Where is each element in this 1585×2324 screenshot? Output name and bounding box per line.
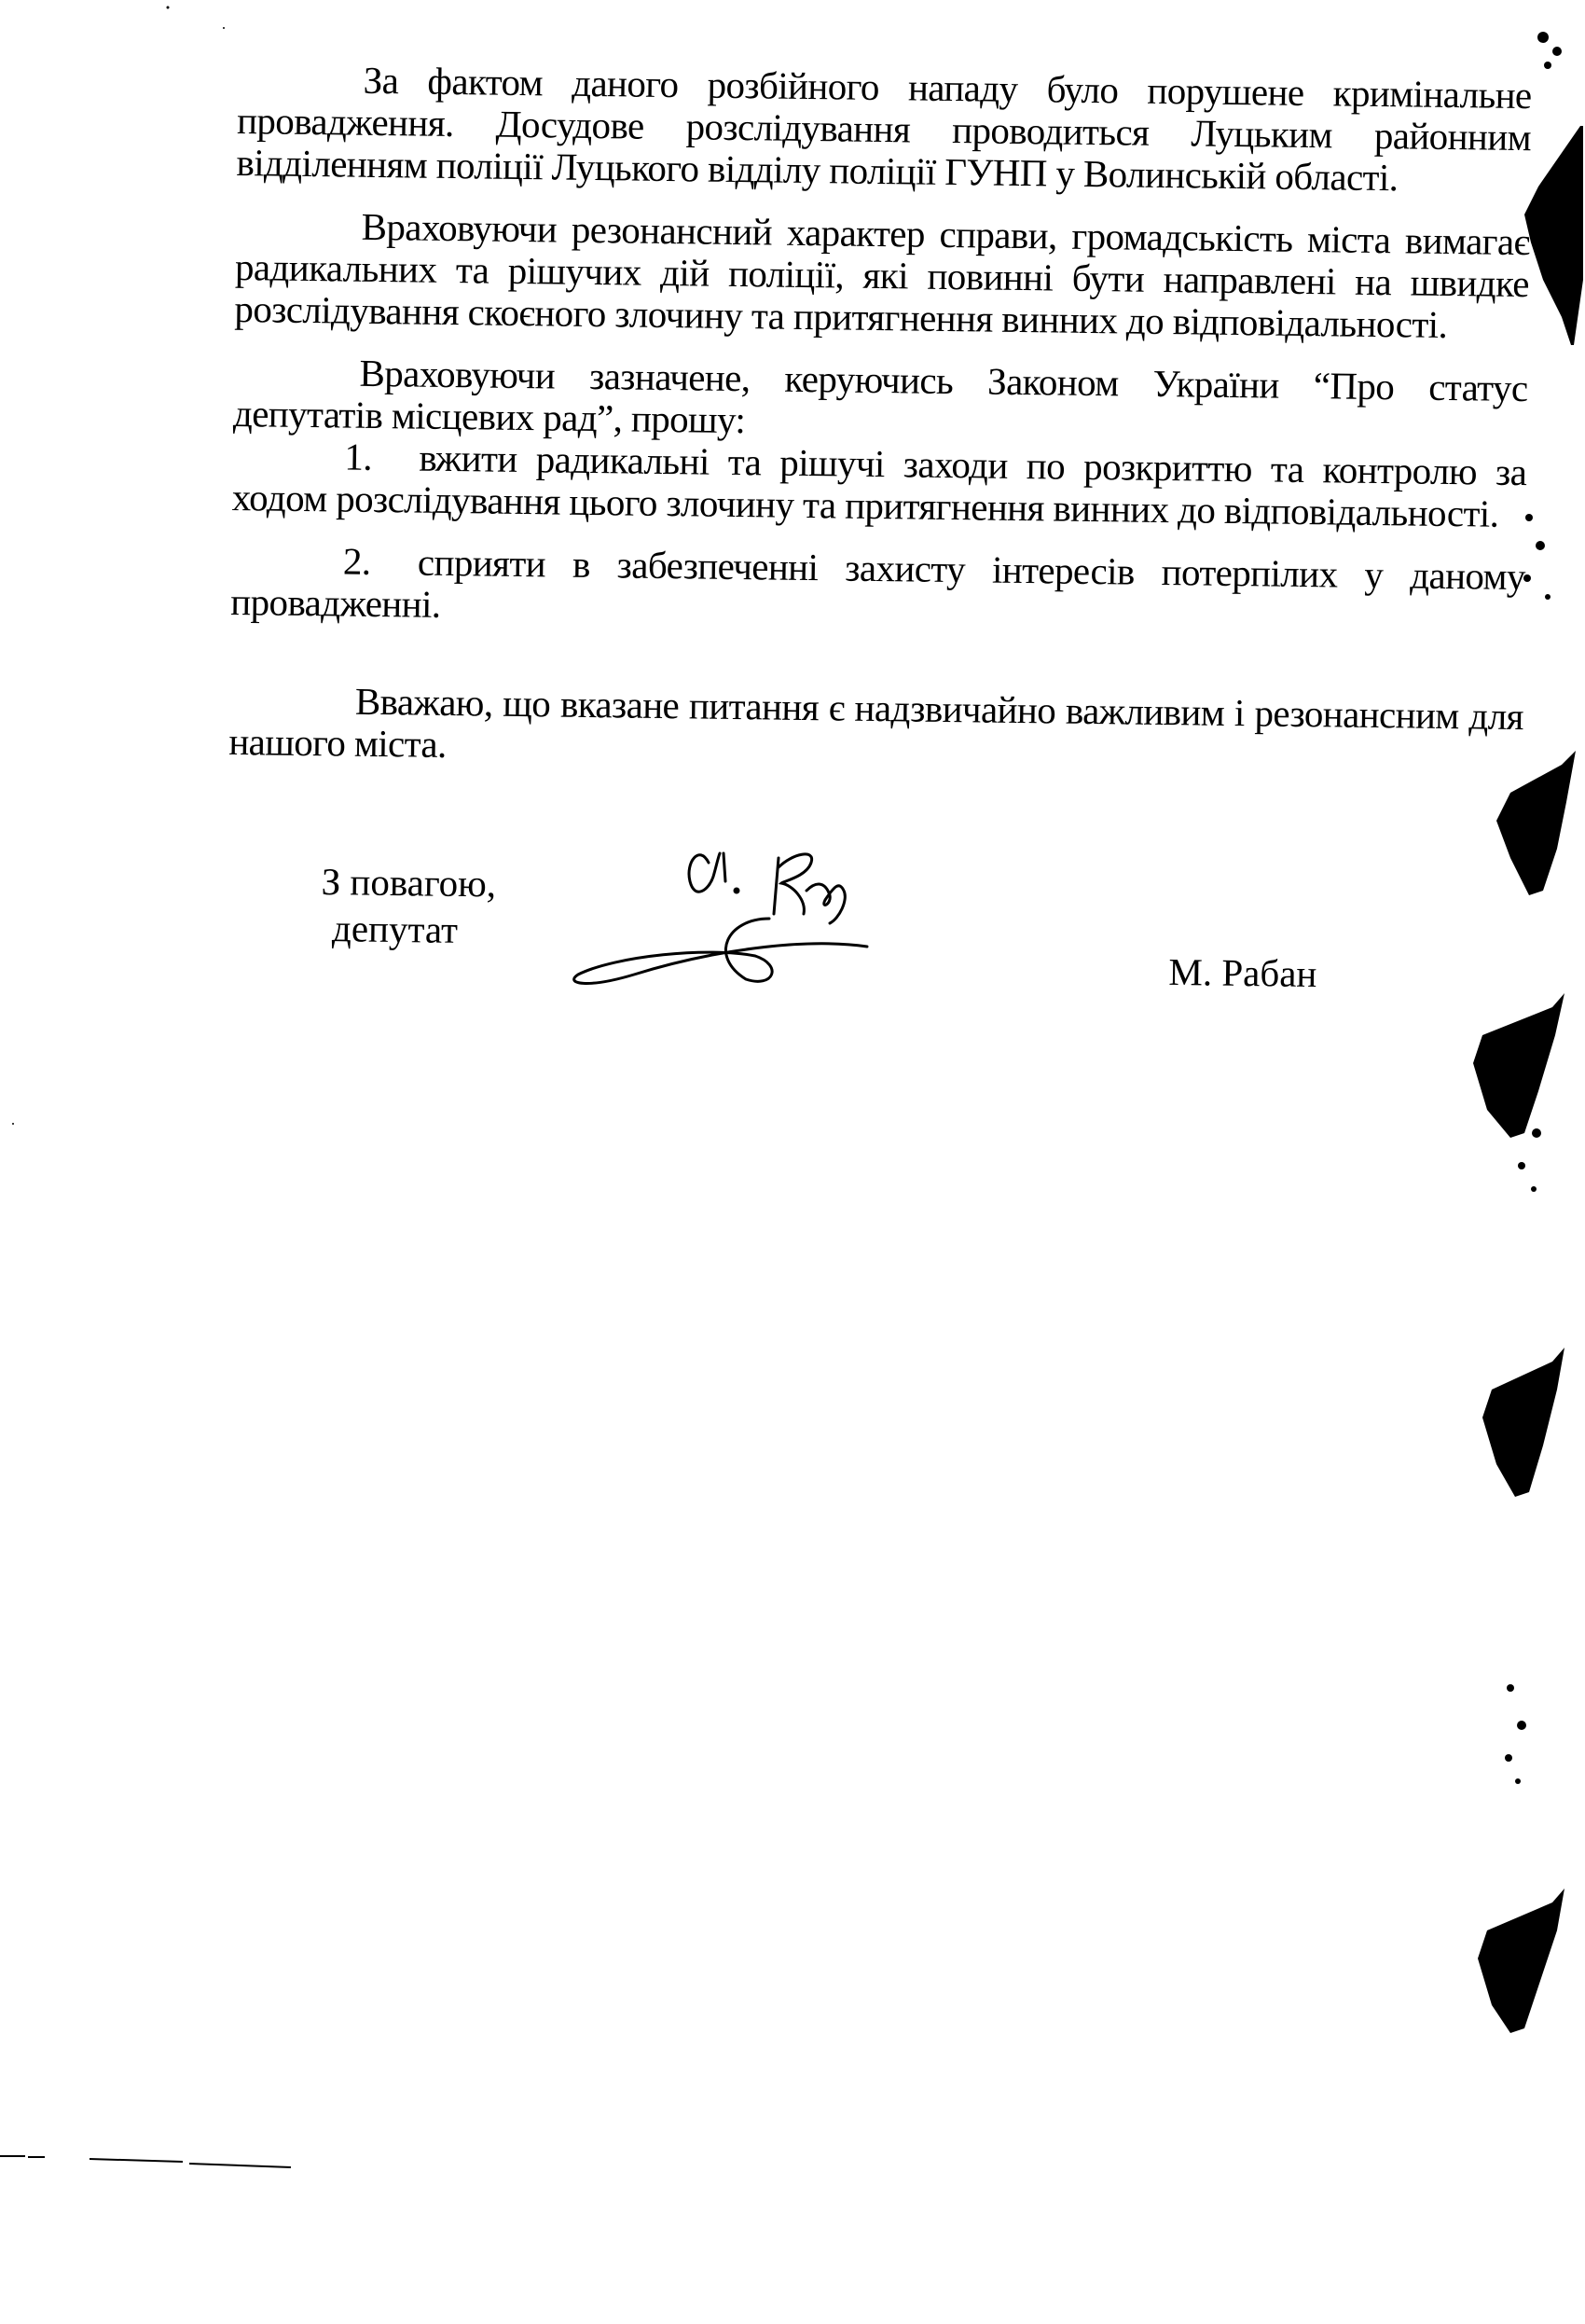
letter-body: За фактом даного розбійного нападу було …	[228, 58, 1532, 800]
paragraph-public-demand: Враховуючи резонансний характер справи, …	[234, 204, 1530, 347]
request-item-1: 1.вжити радикальні та рішучі заходи по р…	[232, 435, 1527, 535]
regards-text: З повагою,	[321, 858, 496, 906]
request-text: вжити радикальні та рішучі заходи по роз…	[232, 436, 1527, 535]
role-text: депутат	[332, 905, 459, 953]
handwritten-signature-icon	[559, 825, 988, 993]
paragraph-criminal-proceedings: За фактом даного розбійного нападу було …	[236, 58, 1532, 201]
signer-name: М. Рабан	[1168, 948, 1317, 997]
request-text: сприяти в забезпеченні захисту інтересів…	[230, 541, 1525, 626]
scan-edge-shadow	[1473, 0, 1585, 2324]
scanned-page: За фактом даного розбійного нападу було …	[0, 0, 1585, 2324]
paragraph-closing: Вважаю, що вказане питання є надзвичайно…	[228, 679, 1523, 780]
request-item-2: 2.сприяти в забезпеченні захисту інтерес…	[230, 539, 1525, 640]
request-number: 1.	[344, 436, 420, 479]
request-number: 2.	[343, 541, 419, 584]
